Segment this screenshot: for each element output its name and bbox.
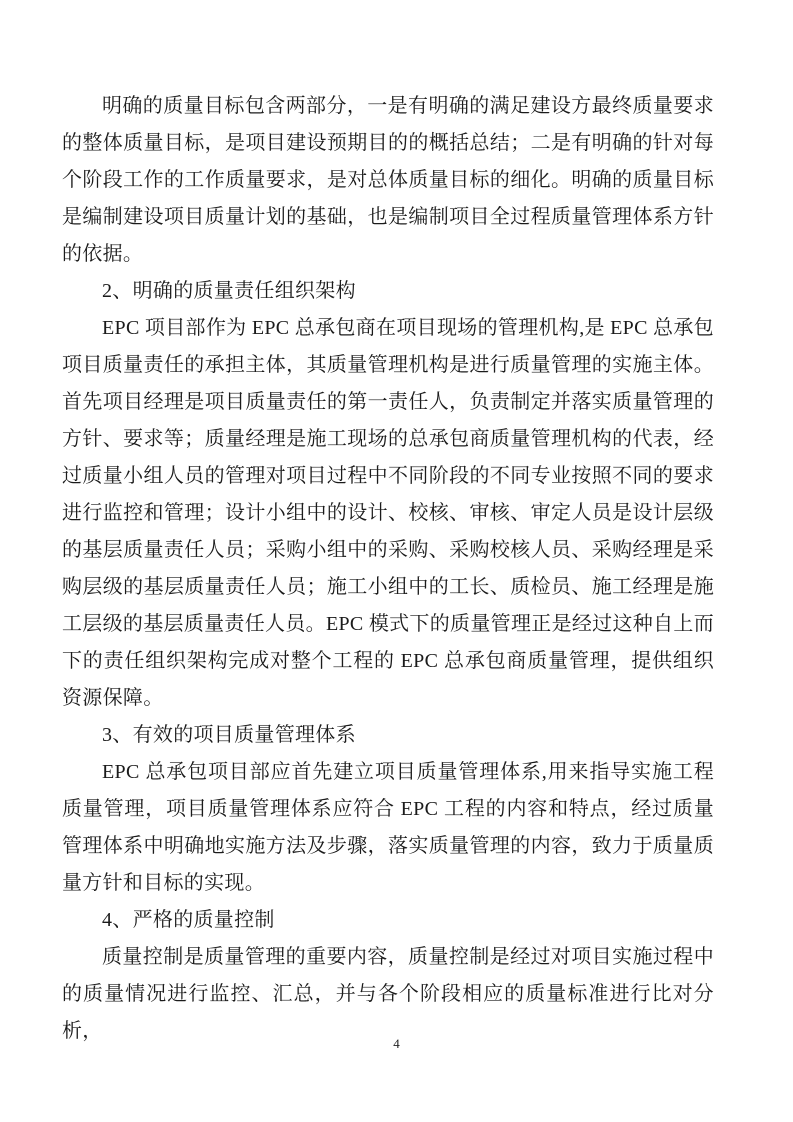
heading-section-4: 4、严格的质量控制 xyxy=(62,902,714,939)
paragraph-quality-control: 质量控制是质量管理的重要内容，质量控制是经过对项目实施过程中的质量情况进行监控、… xyxy=(62,939,714,1050)
paragraph-responsibility-structure: EPC 项目部作为 EPC 总承包商在项目现场的管理机构,是 EPC 总承包项目… xyxy=(62,310,714,717)
document-body: 明确的质量目标包含两部分，一是有明确的满足建设方最终质量要求的整体质量目标，是项… xyxy=(62,88,714,1050)
paragraph-quality-goals: 明确的质量目标包含两部分，一是有明确的满足建设方最终质量要求的整体质量目标，是项… xyxy=(62,88,714,273)
document-page: 明确的质量目标包含两部分，一是有明确的满足建设方最终质量要求的整体质量目标，是项… xyxy=(0,0,793,1122)
paragraph-quality-system: EPC 总承包项目部应首先建立项目质量管理体系,用来指导实施工程质量管理，项目质… xyxy=(62,754,714,902)
heading-section-3: 3、有效的项目质量管理体系 xyxy=(62,717,714,754)
heading-section-2: 2、明确的质量责任组织架构 xyxy=(62,273,714,310)
page-number: 4 xyxy=(0,1035,793,1053)
